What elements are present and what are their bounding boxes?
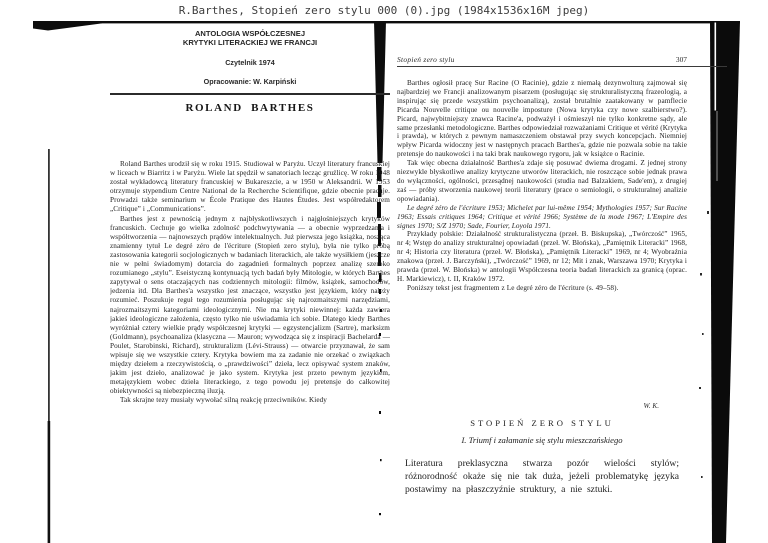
bibliography-paragraph: Le degré zéro de l'écriture 1953; Michel… [397, 204, 687, 231]
paragraph: Barthes jest z pewnością jednym z najbły… [110, 215, 390, 397]
title-rule [110, 93, 390, 95]
running-header-title: Stopień zero stylu [397, 55, 455, 64]
scan-right-edge-shadow [710, 21, 740, 543]
page-edge-shadow-left [48, 149, 51, 543]
editor-initials: W. K. [643, 402, 659, 410]
image-viewer-window: R.Barthes, Stopień zero stylu 000 (0).jp… [0, 0, 768, 543]
chapter-subtitle: I. Triumf i załamanie się stylu mieszcza… [397, 435, 687, 445]
running-header: Stopień zero stylu 307 [397, 55, 687, 64]
header-rule [397, 66, 727, 67]
left-page-body: Roland Barthes urodził się w roku 1915. … [110, 160, 390, 526]
excerpt-paragraph: Literatura preklasyczna stwarza pozór wi… [405, 457, 679, 496]
polish-translations-paragraph: Przykłady polskie: Działalność struktura… [397, 230, 687, 283]
right-page-body: Barthes ogłosił pracę Sur Racine (O Raci… [397, 79, 687, 403]
paragraph: Barthes ogłosił pracę Sur Racine (O Raci… [397, 79, 687, 159]
series-title-line2: KRYTYKI LITERACKIEJ WE FRANCJI [110, 38, 390, 47]
fragment-note-paragraph: Poniższy tekst jest fragmentem z Le degr… [397, 284, 687, 293]
section-title: STOPIEŃ ZERO STYLU [397, 418, 687, 428]
scan-corner-wedge [33, 21, 102, 31]
window-title: R.Barthes, Stopień zero stylu 000 (0).jp… [0, 0, 768, 21]
publisher-line: Czytelnik 1974 [110, 58, 390, 67]
paragraph: Tak więc obecna działalność Barthes'a zd… [397, 159, 687, 204]
editor-line: Opracowanie: W. Karpiński [110, 77, 390, 86]
page-number: 307 [676, 55, 687, 64]
series-title-line1: ANTOLOGIA WSPÓŁCZESNEJ [110, 29, 390, 38]
right-page: Stopień zero stylu 307 Barthes ogłosił p… [395, 21, 687, 543]
scan-specks [699, 211, 709, 478]
paragraph: Roland Barthes urodził się w roku 1915. … [110, 160, 390, 215]
left-page: ANTOLOGIA WSPÓŁCZESNEJ KRYTYKI LITERACKI… [110, 29, 390, 114]
scan-canvas[interactable]: ANTOLOGIA WSPÓŁCZESNEJ KRYTYKI LITERACKI… [0, 21, 768, 543]
author-heading: ROLAND BARTHES [110, 102, 390, 114]
paragraph: Tak skrajne tezy musiały wywołać silną r… [110, 396, 390, 405]
